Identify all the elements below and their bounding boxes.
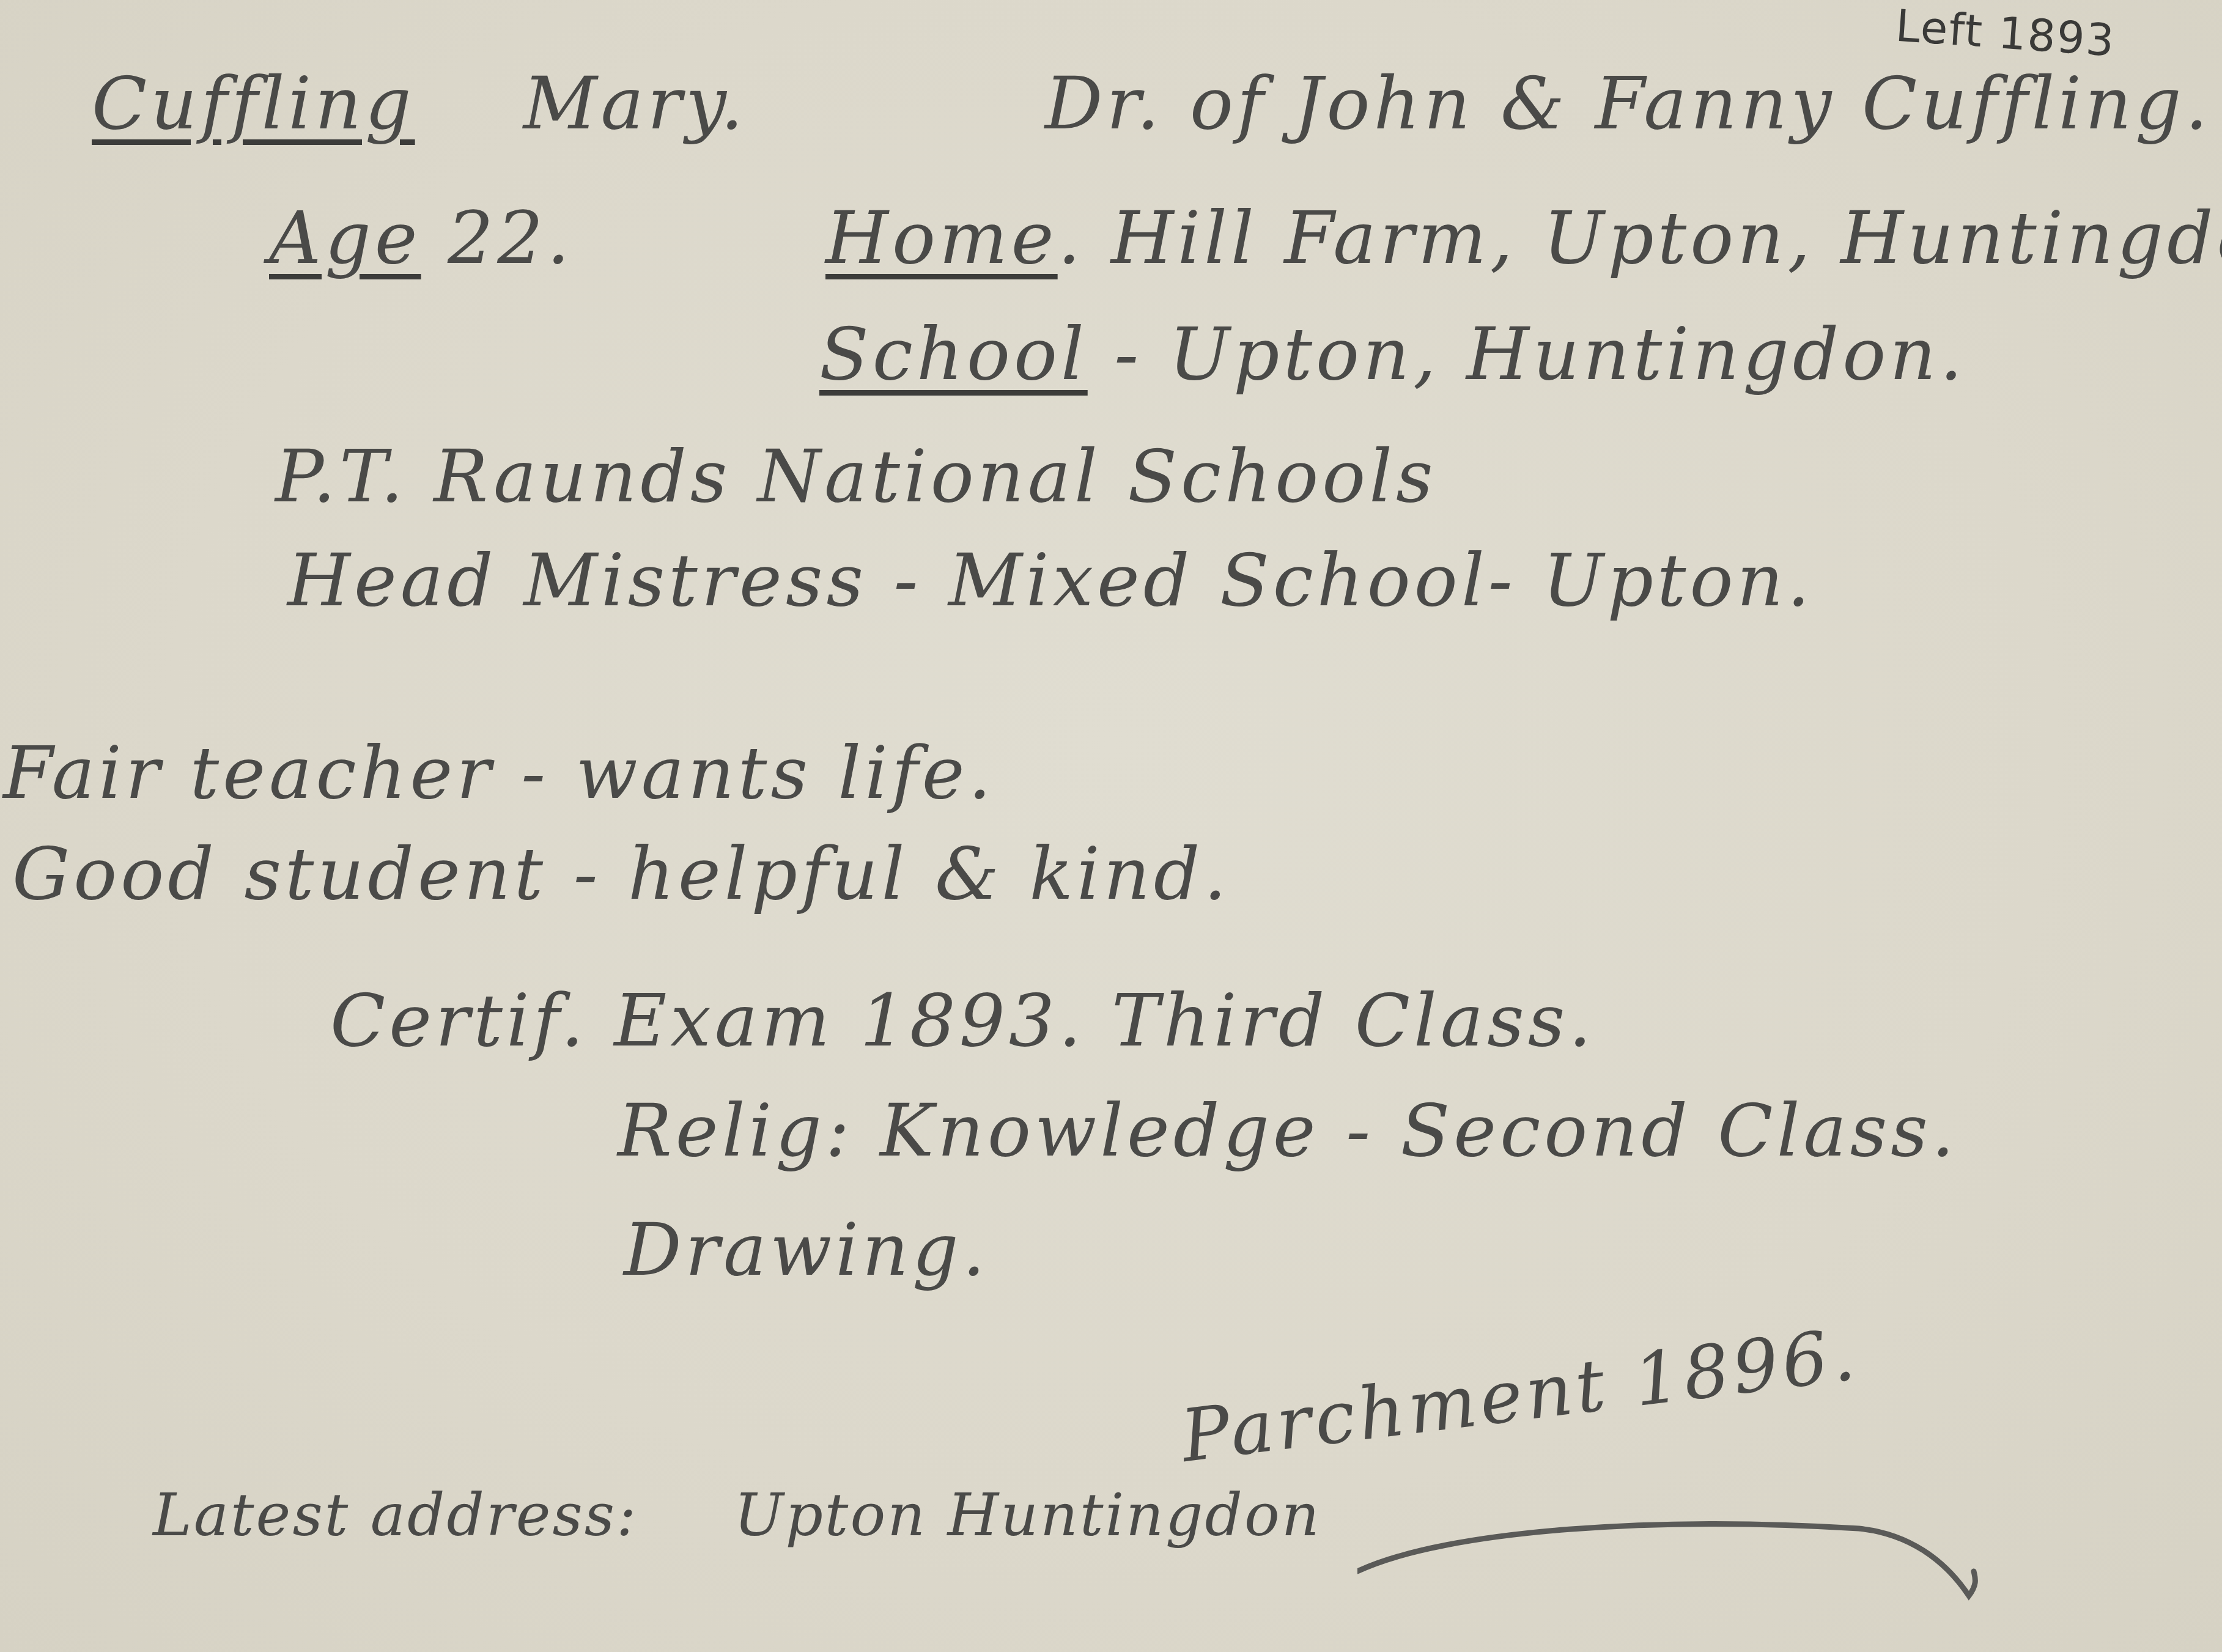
forename: Mary. [523,61,747,146]
latest-address-value: Upton Huntingdon [734,1481,1321,1549]
latest-address-line: Latest address: Upton Huntingdon [153,1486,1321,1544]
home-line: Home. Hill Farm, Upton, Huntingdon [825,202,2222,274]
latest-address-label: Latest address: [153,1481,638,1549]
exam-religious-knowledge: Relig: Knowledge - Second Class. [618,1094,1958,1167]
register-page: Left 1893 Cuffling Mary. Dr. of John & F… [0,0,2222,1652]
home-value: . Hill Farm, Upton, Huntingdon [1058,196,2222,280]
remark-student: Good student - helpful & kind. [12,838,1230,910]
school-line: School - Upton, Huntingdon. [819,318,1966,390]
remark-teacher: Fair teacher - wants life. [3,737,995,809]
age-label: Age [269,196,421,280]
age-value: 22. [448,196,574,280]
school-value: - Upton, Huntingdon. [1114,312,1966,396]
home-label: Home [825,196,1058,280]
exam-certificate: Certif. Exam 1893. Third Class. [330,984,1595,1056]
corner-note-left-1893: Left 1893 [1894,4,2117,63]
exam-drawing: Drawing. [624,1214,989,1286]
parentage: Dr. of John & Fanny Cuffling. [1045,61,2212,146]
entry-header: Cuffling Mary. Dr. of John & Fanny Cuffl… [92,67,2212,139]
parchment-note: Parchment 1896. [1178,1318,1862,1472]
pupil-teacher-line: P.T. Raunds National Schools [275,440,1437,512]
school-label: School [819,312,1088,396]
surname: Cuffling [92,61,415,146]
age-line: Age 22. [269,202,574,274]
post-line: Head Mistress - Mixed School- Upton. [287,544,1814,616]
pen-flourish-stroke [1357,1510,2091,1608]
